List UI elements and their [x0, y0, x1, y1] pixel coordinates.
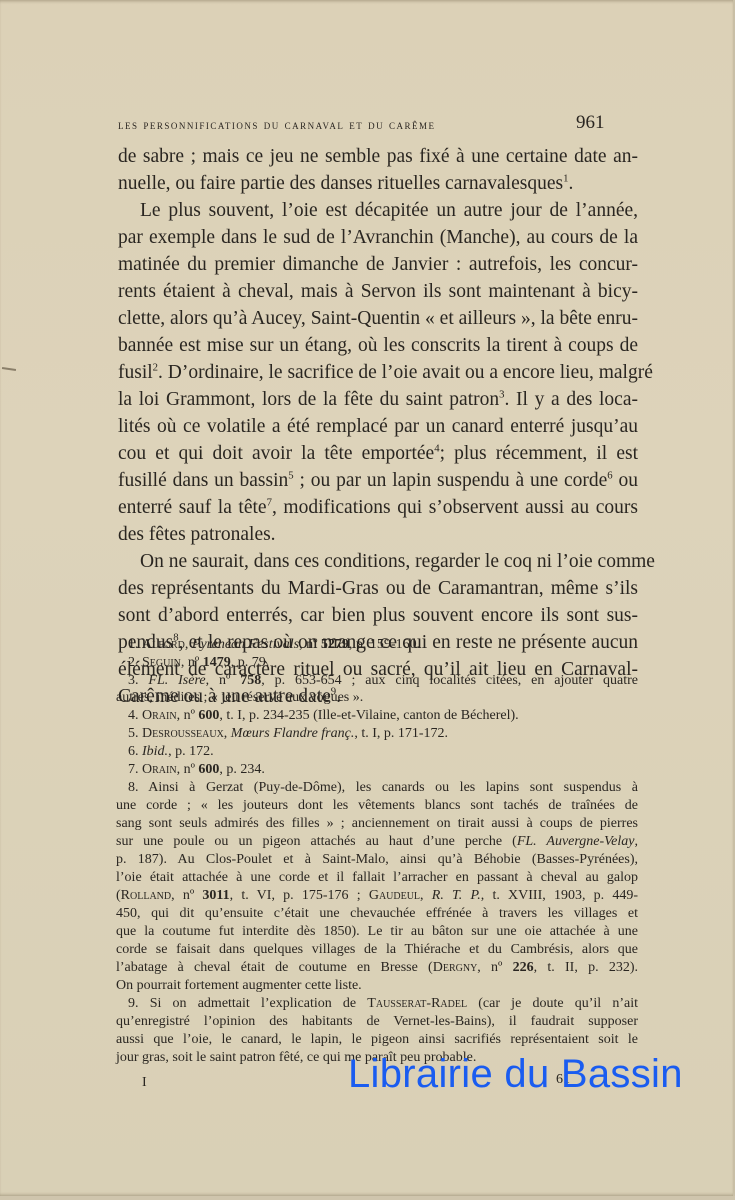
- body-line: de sabre ; mais ce jeu ne semble pas fix…: [118, 146, 638, 168]
- footnote-8-cont: une corde ; « les jouteurs dont les vête…: [116, 798, 638, 814]
- body-line: clette, alors qu’à Aucey, Saint-Quentin …: [118, 308, 638, 330]
- footnote-8-cont: sur une poule ou un pigeon attachés au h…: [116, 834, 638, 850]
- footnote-9-cont: qu’enregistré l’opinion des habitants de…: [116, 1014, 638, 1030]
- footnote-8-cont: corde se faisait dans quelques villages …: [116, 942, 638, 958]
- footnote-8-cont: (Rolland, nº 3011, t. VI, p. 175-176 ; G…: [116, 888, 638, 904]
- note-ref: 1: [563, 173, 568, 185]
- body-line: fusil2. D’ordinaire, le sacrifice de l’o…: [118, 362, 638, 384]
- note-ref: 5: [288, 470, 293, 482]
- body-line: matinée du premier dimanche de Janvier :…: [118, 254, 638, 276]
- footnote-3-cont: autres, inédites ; « jeu réservé aux vog…: [116, 690, 638, 706]
- body-line: la loi Grammont, lors de la fête du sain…: [118, 389, 638, 411]
- body-line: fusillé dans un bassin5 ; ou par un lapi…: [118, 470, 638, 492]
- signature-mark: I: [142, 1075, 147, 1091]
- footnote-8-cont: que la coutume fut interdite dès 1850). …: [116, 924, 638, 940]
- footnote-6: 6. Ibid., p. 172.: [128, 744, 638, 760]
- body-line: des fêtes patronales.: [118, 524, 638, 546]
- book-page: Les personnifications du carnaval et du …: [0, 0, 735, 1196]
- page-number: 961: [576, 112, 605, 134]
- body-line: Le plus souvent, l’oie est décapitée un …: [140, 200, 638, 222]
- body-line: par exemple dans le sud de l’Avranchin (…: [118, 227, 638, 249]
- body-line: bannée est mise sur un étang, où les con…: [118, 335, 638, 357]
- footnote-9: 9. Si on admettait l’explication de Taus…: [128, 996, 638, 1012]
- note-ref: 6: [607, 470, 612, 482]
- footnote-8-cont: l’abatage à cheval était de coutume en B…: [116, 960, 638, 976]
- footnote-2: 2. Seguin, nº 1479, p. 79.: [128, 655, 638, 671]
- footnote-8-cont: p. 187). Au Clos-Poulet et à Saint-Malo,…: [116, 852, 638, 868]
- footnote-5: 5. Desrousseaux, Mœurs Flandre franç., t…: [128, 726, 638, 742]
- running-title: Les personnifications du carnaval et du …: [118, 117, 435, 133]
- body-line: sont d’abord enterrés, car bien plus sou…: [118, 605, 638, 627]
- body-line: lités où ce volatile a été remplacé par …: [118, 416, 638, 438]
- footnote-8-cont: On pourrait fortement augmenter cette li…: [116, 978, 638, 994]
- footnote-3: 3. FL. Isère, nº 758, p. 653-654 ; aux c…: [128, 673, 638, 689]
- body-line: des représentants du Mardi-Gras ou de Ca…: [118, 578, 638, 600]
- footnote-8-cont: 450, qui dit qu’ensuite c’était une chev…: [116, 906, 638, 922]
- footnote-1: 1. Alford, Pyrenean Festivals, nº 5279, …: [128, 637, 638, 653]
- body-line: cou et qui doit avoir la tête emportée4;…: [118, 443, 638, 465]
- body-line: rents étaient à cheval, mais à Servon il…: [118, 281, 638, 303]
- body-line: enterré sauf la tête7, modifications qui…: [118, 497, 638, 519]
- footnote-9-cont: aussi que l’oie, le canard, le lapin, le…: [116, 1032, 638, 1048]
- footnote-4: 4. Orain, nº 600, t. I, p. 234-235 (Ille…: [128, 708, 638, 724]
- margin-mark: [2, 367, 16, 371]
- body-line: On ne saurait, dans ces conditions, rega…: [140, 551, 638, 573]
- footnote-8: 8. Ainsi à Gerzat (Puy-de-Dôme), les can…: [128, 780, 638, 796]
- watermark: Librairie du Bassin: [348, 1052, 683, 1097]
- footnote-7: 7. Orain, nº 600, p. 234.: [128, 762, 638, 778]
- footnote-8-cont: l’oie était attachée à une corde et il f…: [116, 870, 638, 886]
- footnote-8-cont: sang sont seuls admirés des filles » ; a…: [116, 816, 638, 832]
- body-line: nuelle, ou faire partie des danses ritue…: [118, 173, 638, 195]
